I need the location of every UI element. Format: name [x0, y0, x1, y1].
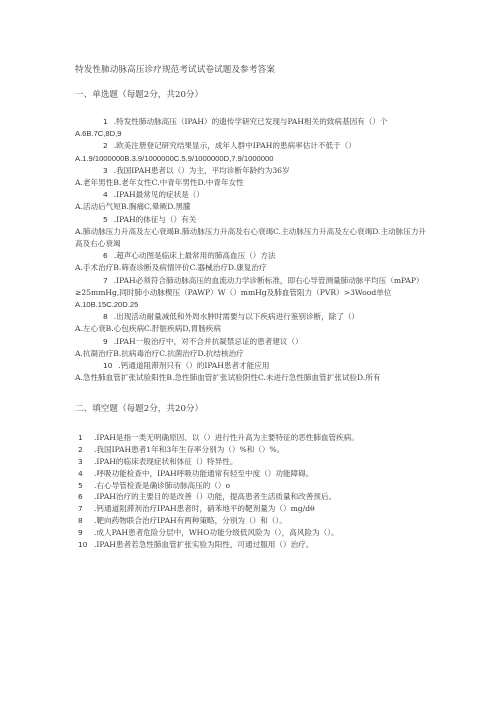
question-number: 10	[89, 360, 112, 372]
question-stem: .呼吸功能检查中，IPAH呼吸功能通常有轻至中度（）功能障碍。	[94, 469, 313, 478]
question-stem: .欧美注册登记研究结果显示，成年人群中IPAH的患病率估计不低于（）	[114, 141, 356, 150]
question-options: A.左心衰B.心包疾病C.肝脏疾病D,胃肠疾病	[75, 323, 427, 335]
question-stem: .IPAH的体征与（）有关	[114, 215, 197, 224]
question-stem: .超声心动图是临床上最常用的肺高血压（）方法	[114, 251, 276, 260]
question-number: 2	[78, 444, 92, 456]
document-page: 特发性肺动脉高压诊疗规范考试试卷试题及参考答案 一、单选题（每题2分，共20分）…	[75, 64, 427, 550]
question-item: 3.我国IPAH患者以（）为主，平均诊断年龄约为36岁 A.老年男性B.老年女性…	[75, 165, 427, 189]
question-item: 9.成人PAH患者危险分层中，WHO功能分级低风险为（），高风险为（）。	[75, 527, 427, 539]
question-stem: .IPAH的临床表现症状和体征（）特异性。	[94, 457, 237, 466]
question-options: A.肺动脉压力升高及左心衰竭B.肺动脉压力升高及右心衰竭C.主动脉压力升高及左心…	[75, 226, 427, 250]
question-number: 7	[78, 503, 92, 515]
section-heading: 一、单选题（每题2分，共20分）	[75, 89, 427, 102]
question-item: 1.IPAH是指一类无明确原因、以（）进行性升高为主要特征的恶性肺血管疾病。	[75, 432, 427, 444]
question-number: 2	[89, 140, 108, 152]
question-options: A.活动后气短B.胸痛C,晕厥D.黑朦	[75, 201, 427, 213]
question-number: 8	[89, 311, 108, 323]
question-item: 2.我国IPAH患者1年和3年生存率分别为（）%和（）%。	[75, 444, 427, 456]
question-number: 1	[78, 432, 92, 444]
question-options: A.6B.7C,8D,9	[75, 128, 427, 140]
question-number: 6	[78, 491, 92, 503]
question-stem: .我国IPAH患者1年和3年生存率分别为（）%和（）%。	[94, 445, 284, 454]
question-item: 5.右心导管检查是确诊肺动脉高压的（）o	[75, 480, 427, 492]
question-number: 4	[78, 468, 92, 480]
question-stem: .IPAH必须符合肺动脉高压的血流动力学诊断标准，即右心导管测量肺动脉平均压（m…	[75, 276, 424, 297]
question-stem: .钙通道阻滞剂治疗IPAH患者时，硝苯地平的靶剂量为（）mg/dθ	[94, 504, 315, 513]
question-item: 2.欧美注册登记研究结果显示，成年人群中IPAH的患病率估计不低于（） A.1.…	[75, 140, 427, 164]
question-number: 6	[89, 250, 108, 262]
question-item: 7.钙通道阻滞剂治疗IPAH患者时，硝苯地平的靶剂量为（）mg/dθ	[75, 503, 427, 515]
question-stem: .IPAH患者若急性肺血管扩张实验为阳性，可通过服用（）治疗。	[94, 540, 313, 549]
section-fill-in-blank: 二、填空题（每题2分，共20分） 1.IPAH是指一类无明确原因、以（）进行性升…	[75, 403, 427, 550]
question-number: 7	[89, 275, 108, 287]
section-heading: 二、填空题（每题2分，共20分）	[75, 403, 427, 416]
question-stem: .IPAH是指一类无明确原因、以（）进行性升高为主要特征的恶性肺血管疾病。	[94, 433, 359, 442]
question-number: 9	[89, 336, 108, 348]
question-stem: .靶向药物联合治疗IPAH有两种策略，分别为（）和（）。	[94, 516, 287, 525]
question-stem: .钙通道阻滞剂只有（）的IPAH患者才能应用	[118, 361, 269, 370]
question-options: A.抗凝治疗B.抗病毒治疗C.抗菌治疗D.抗结核治疗	[75, 348, 427, 360]
question-number: 4	[89, 189, 108, 201]
question-number: 3	[89, 165, 108, 177]
question-stem: .我国IPAH患者以（）为主，平均诊断年龄约为36岁	[114, 166, 290, 175]
question-item: 4.IPAH最常见的症状是（） A.活动后气短B.胸痛C,晕厥D.黑朦	[75, 189, 427, 213]
question-options: A.10B.15C.20D.25	[75, 299, 427, 311]
question-number: 9	[78, 527, 92, 539]
question-stem: .出现活动耐量减低和外周水肿时需要与以下疾病进行鉴别诊断，除了（）	[114, 312, 359, 321]
question-stem: .IPAH治疗的主要目的是改善（）功能，提高患者生活质量和改善预后。	[94, 492, 336, 501]
question-item: 8.出现活动耐量减低和外周水肿时需要与以下疾病进行鉴别诊断，除了（） A.左心衰…	[75, 311, 427, 335]
question-item: 10.钙通道阻滞剂只有（）的IPAH患者才能应用 A.急性肺血管扩张试验阳性B.…	[75, 360, 427, 384]
question-stem: .IPAH最常见的症状是（）	[114, 190, 204, 199]
question-item: 6.IPAH治疗的主要目的是改善（）功能，提高患者生活质量和改善预后。	[75, 491, 427, 503]
question-item: 10.IPAH患者若急性肺血管扩张实验为阳性，可通过服用（）治疗。	[75, 539, 427, 551]
question-number: 5	[89, 214, 108, 226]
question-number: 8	[78, 515, 92, 527]
question-number: 3	[78, 456, 92, 468]
question-item: 8.靶向药物联合治疗IPAH有两种策略，分别为（）和（）。	[75, 515, 427, 527]
question-stem: .右心导管检查是确诊肺动脉高压的（）o	[94, 481, 230, 490]
question-stem: .特发性肺动脉高压（IPAH）的遗传学研究已发现与PAH相关的致病基因有（）个	[114, 117, 388, 126]
question-item: 4.呼吸功能检查中，IPAH呼吸功能通常有轻至中度（）功能障碍。	[75, 468, 427, 480]
question-item: 7.IPAH必须符合肺动脉高压的血流动力学诊断标准，即右心导管测量肺动脉平均压（…	[75, 275, 427, 312]
question-number: 1	[89, 116, 108, 128]
section-single-choice: 一、单选题（每题2分，共20分） 1.特发性肺动脉高压（IPAH）的遗传学研究已…	[75, 89, 427, 384]
document-title: 特发性肺动脉高压诊疗规范考试试卷试题及参考答案	[75, 64, 427, 77]
question-stem: .成人PAH患者危险分层中，WHO功能分级低风险为（），高风险为（）。	[94, 528, 339, 537]
question-item: 6.超声心动图是临床上最常用的肺高血压（）方法 A.手术治疗B.筛查诊断及病情评…	[75, 250, 427, 274]
question-item: 3.IPAH的临床表现症状和体征（）特异性。	[75, 456, 427, 468]
question-item: 9.IPAH一般治疗中，对不合并抗凝禁忌证的患者建议（） A.抗凝治疗B.抗病毒…	[75, 336, 427, 360]
question-number: 10	[78, 539, 92, 551]
question-item: 5.IPAH的体征与（）有关 A.肺动脉压力升高及左心衰竭B.肺动脉压力升高及右…	[75, 214, 427, 251]
question-options: A.手术治疗B.筛查诊断及病情评价C.器械治疗D.康复治疗	[75, 262, 427, 274]
question-options: A.1.9/1000000B.3.9/1000000C.5.9/1000000D…	[75, 153, 427, 165]
question-stem: .IPAH一般治疗中，对不合并抗凝禁忌证的患者建议（）	[114, 337, 303, 346]
question-options: A.急性肺血管扩张试验阳性B.急性肺血管扩张试验阴性C.未进行急性肺血管扩张试验…	[75, 372, 427, 384]
question-number: 5	[78, 480, 92, 492]
question-item: 1.特发性肺动脉高压（IPAH）的遗传学研究已发现与PAH相关的致病基因有（）个…	[75, 116, 427, 140]
question-options: A.老年男性B.老年女性C.中青年男性D.中青年女性	[75, 177, 427, 189]
